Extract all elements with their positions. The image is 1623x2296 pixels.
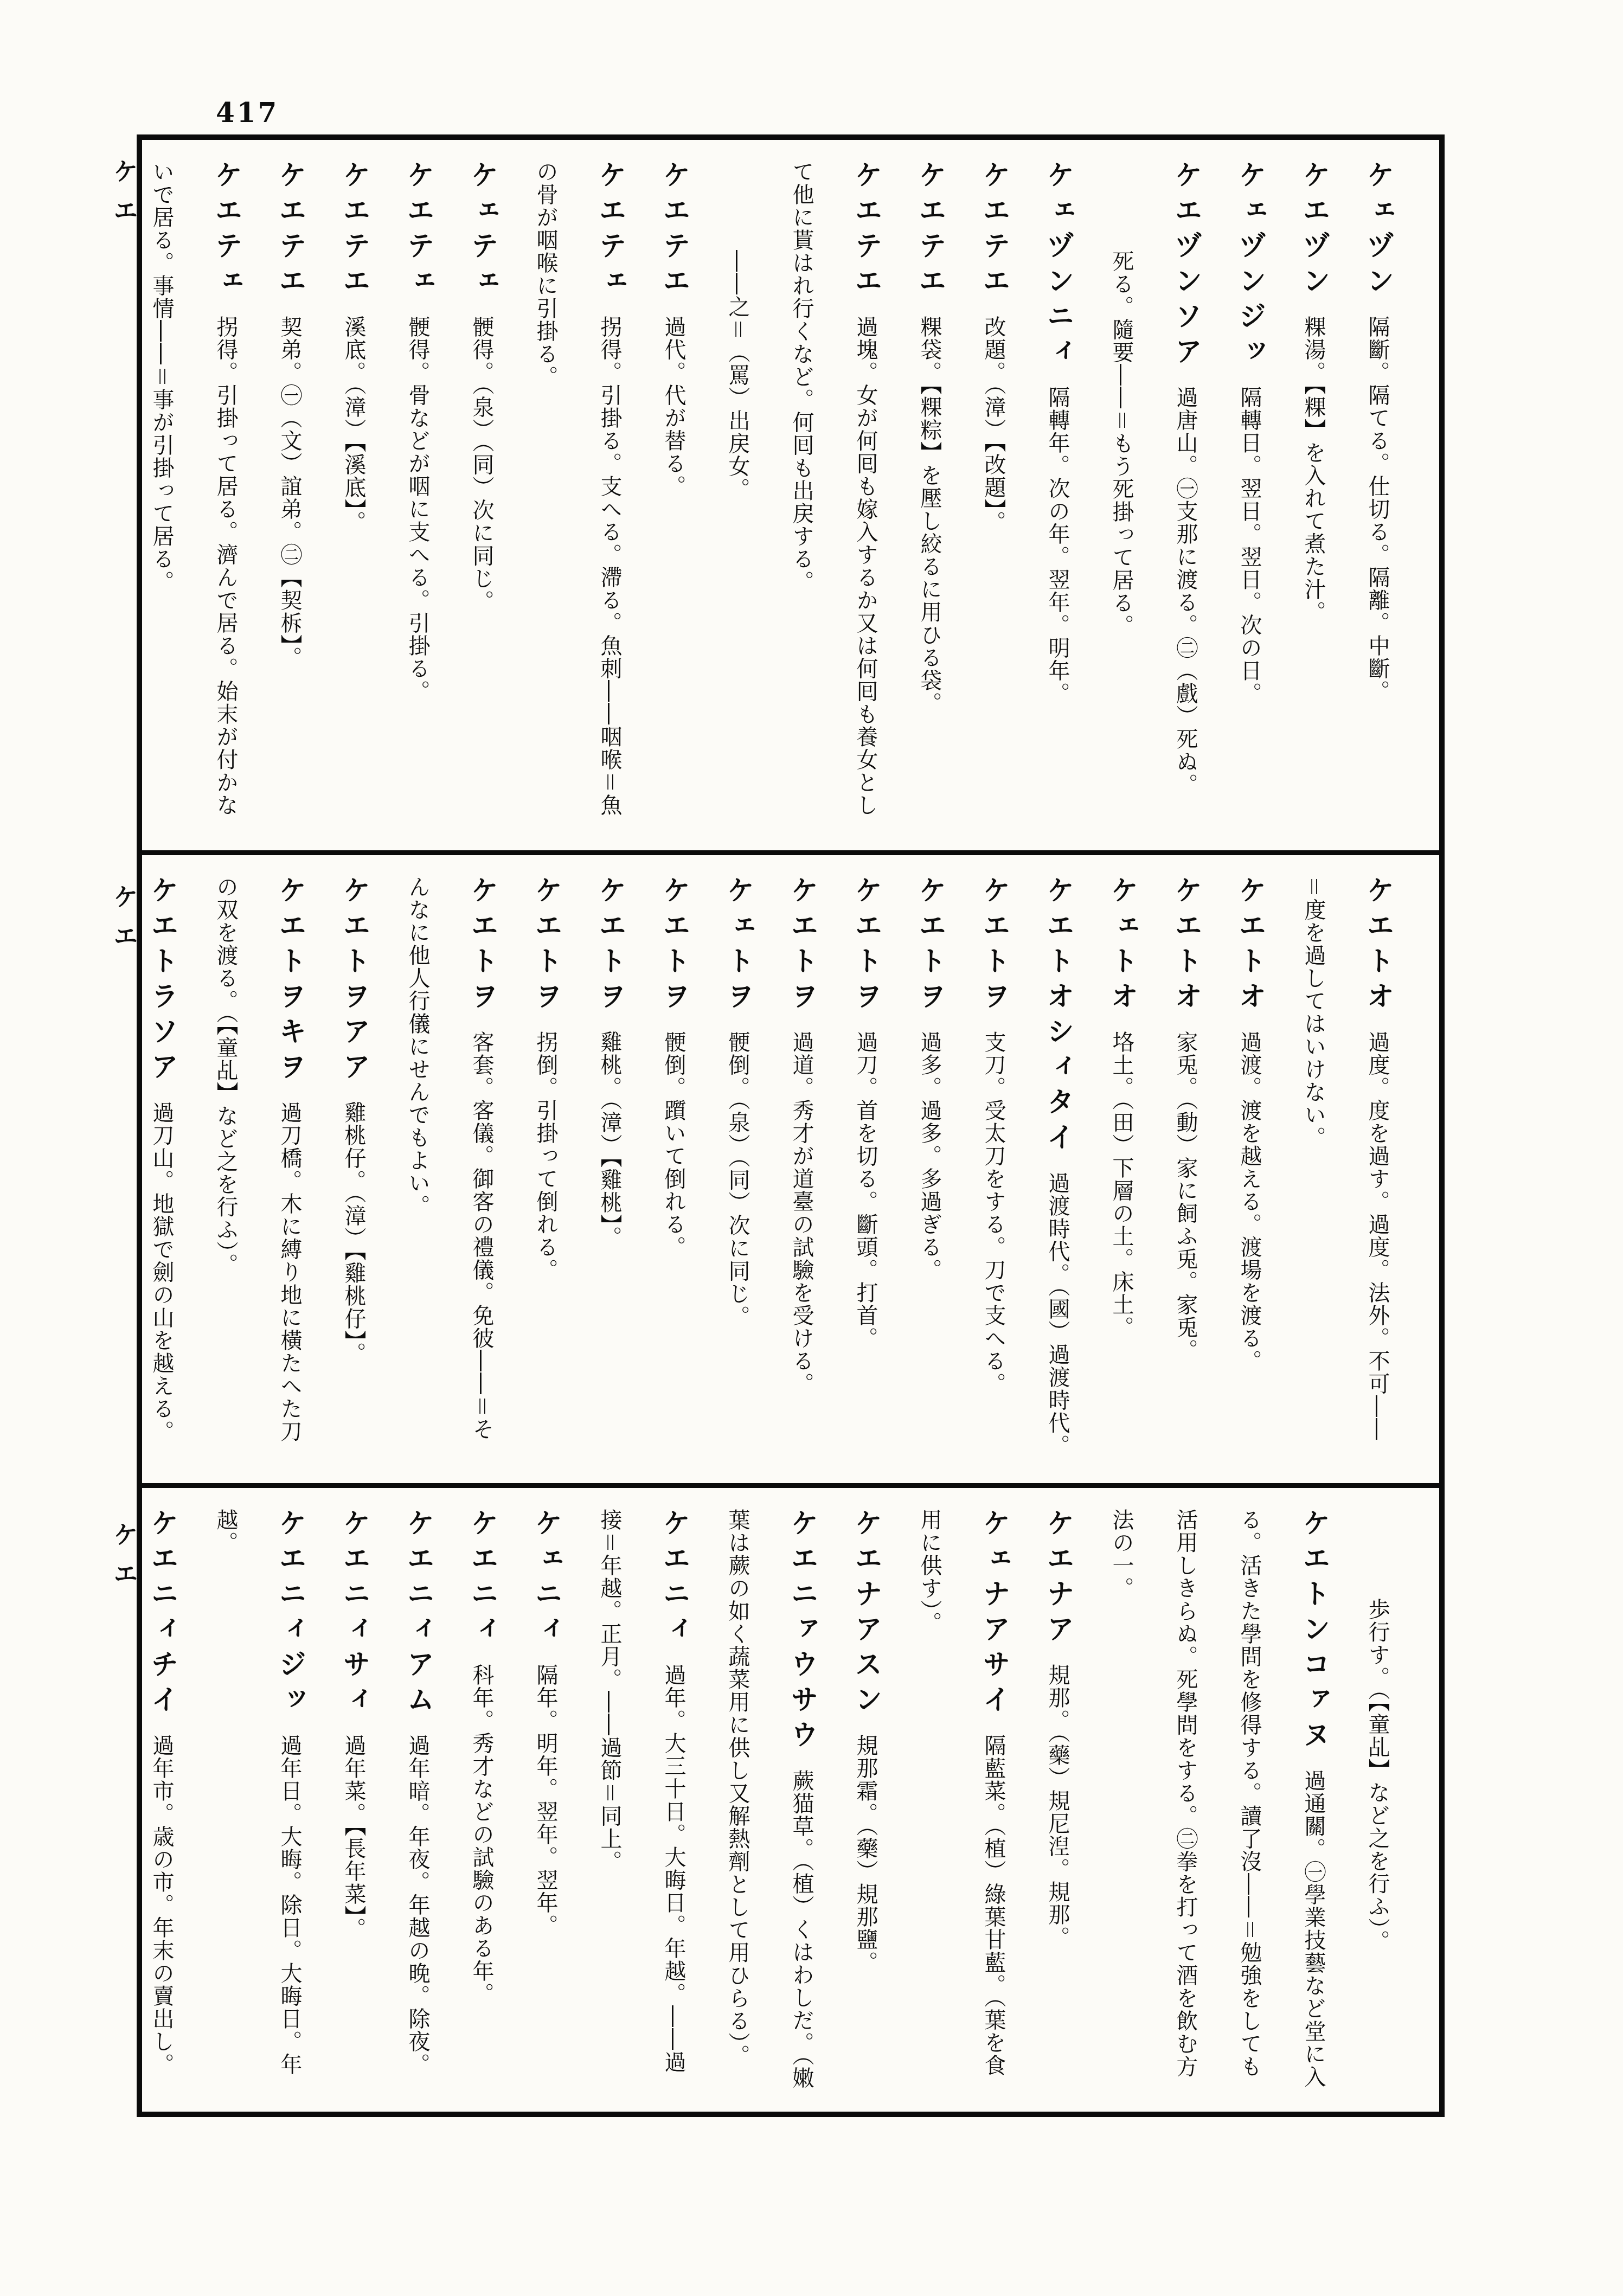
dictionary-entry: ケエトヲアア雞桃仔。（漳）【雞桃仔】。 [322, 876, 386, 1463]
dictionary-entry: ケエトヲ支刀。受太刀をする。刀で支へる。 [961, 876, 1025, 1463]
entry-headword: ケエトオシィタイ [1042, 876, 1074, 1158]
dictionary-entry: ケエトオ過度。度を過す。過度。法外。不可――＝度を過してはいけない。 [1281, 876, 1409, 1463]
entry-headword: ケェニィ [530, 1509, 562, 1650]
entry-headword: ケエニィ [466, 1509, 498, 1650]
entry-body: 科年。秀才などの試驗のある年。 [469, 1664, 494, 2005]
entry-body: 隔轉日。翌日。翌日。次の日。 [1237, 386, 1262, 705]
dictionary-entry: ケエトヲ客套。客儀。御客の禮儀。免彼――＝そんなに他人行儀にせんでもよい。 [386, 876, 514, 1463]
dictionary-entry: ケエトヲキヲ過刀橋。木に縛り地に橫たへた刀の双を渡る。（【童乩】など之を行ふ）。 [194, 876, 322, 1463]
dictionary-entry: 歩行す。（【童乩】など之を行ふ）。 [1345, 1509, 1409, 2091]
entry-body: 過年市。歳の市。年末の賣出し。 [149, 1734, 174, 2076]
dictionary-entry: 死る。隨要――＝もう死掛って居る。 [1089, 161, 1153, 830]
entry-headword: ケエトオ [1362, 876, 1394, 1017]
entry-headword: ケェナアサイ [978, 1509, 1010, 1720]
dictionary-entry: ケェナアサイ隔藍菜。（植）綠葉甘藍。（葉を食用に供す）。 [897, 1509, 1025, 2091]
dictionary-entry: ケェニィ隔年。明年。翌年。翌年。 [514, 1509, 578, 2091]
band-2: ケエトオ過度。度を過す。過度。法外。不可――＝度を過してはいけない。ケエトオ過渡… [142, 855, 1439, 1483]
dictionary-entry: ケェヅンジッ隔轉日。翌日。翌日。次の日。 [1217, 161, 1281, 830]
entry-headword: ケエヅン [1298, 161, 1330, 302]
entry-body: 垎土。（田）下層の土。床土。 [1109, 1031, 1134, 1339]
entry-body: 粿袋。【粿粽】を壓し絞るに用ひる袋。 [917, 316, 942, 715]
band-separator-rule-1 [142, 850, 1439, 855]
dictionary-entry: ケエヅンソア過唐山。㊀支那に渡る。㊁（戲）死ぬ。 [1153, 161, 1217, 830]
band-1: ケェヅン隔斷。隔てる。仕切る。隔離。中斷。ケエヅン粿湯。【粿】を入れて煮た汁。ケ… [142, 140, 1439, 850]
band-separator-rule-2 [142, 1483, 1439, 1488]
dictionary-entry: ケエテエ過塊。女が何囘も嫁入するか又は何囘も養女として他に貰はれ行くなど。何囘も… [769, 161, 897, 830]
entry-body: 隔轉年。次の年。翌年。明年。 [1045, 386, 1070, 705]
entry-headword: ケエトヲキヲ [274, 876, 306, 1087]
dictionary-entry: ケエトンコァヌ過通關。㊀學業技藝など堂に入る。活きた學問を修得する。讀了沒――＝… [1089, 1509, 1345, 2091]
entry-body: 過代。代が替る。 [661, 316, 686, 498]
dictionary-entry: ケエニィジッ過年日。大晦。除日。大晦日。年越。 [194, 1509, 322, 2091]
dictionary-entry: ケエテエ粿袋。【粿粽】を壓し絞るに用ひる袋。 [897, 161, 961, 830]
entry-body: 骾得。（泉）（同）次に同じ。 [469, 316, 494, 613]
entry-headword: ケェトヲ [722, 876, 754, 1017]
entry-headword: ケェヅンニィ [1042, 161, 1074, 372]
entry-body: 改題。（漳）【改題】。 [981, 316, 1006, 534]
entry-headword: ケエテェ [210, 161, 242, 302]
entry-headword: ケエトヲアア [338, 876, 370, 1087]
entry-headword: ケエトオ [1234, 876, 1266, 1017]
dictionary-entry: ケエテエ契弟。㊀（文）誼弟。㊁【契柝】。 [258, 161, 322, 830]
dictionary-entry: ケエニァウサウ蕨猫草。（植）くはわしだ。（嫩葉は蕨の如く蔬菜用に供し又解熱劑とし… [705, 1509, 833, 2091]
scanned-dictionary-page: 417 ケエ ケエ ケエ ケェヅン隔斷。隔てる。仕切る。隔離。中斷。ケエヅン粿湯… [0, 0, 1623, 2296]
entry-headword: ケエニィチイ [146, 1509, 178, 1720]
entry-body: ――之＝（罵）出戻女。 [725, 250, 750, 501]
dictionary-entry: ケエトヲ過道。秀才が道臺の試驗を受ける。 [769, 876, 833, 1463]
entry-body: 過道。秀才が道臺の試驗を受ける。 [789, 1031, 814, 1395]
dictionary-entry: ケエトヲ骾倒。躓いて倒れる。 [641, 876, 705, 1463]
page-number: 417 [216, 97, 279, 129]
entry-headword: ケエテエ [850, 161, 882, 302]
entry-headword: ケェヅンジッ [1234, 161, 1266, 372]
dictionary-entry: ケエテェ拐得。引掛って居る。濟んで居る。始末が付かないで居る。事情――＝事が引掛… [142, 161, 258, 830]
entry-headword: ケエニィアム [402, 1509, 434, 1720]
entry-headword: ケェヅン [1362, 161, 1394, 302]
dictionary-entry: ケエトオシィタイ過渡時代。（國）過渡時代。 [1025, 876, 1089, 1463]
dictionary-entry: ケエトヲ過多。過多。多過ぎる。 [897, 876, 961, 1463]
dictionary-entry: ケエテエ過代。代が替る。 [641, 161, 705, 830]
entry-body: 過渡。渡を越える。渡場を渡る。 [1237, 1031, 1262, 1373]
entry-body: 隔年。明年。翌年。翌年。 [533, 1664, 558, 1937]
entry-body: 過渡時代。（國）過渡時代。 [1045, 1172, 1070, 1457]
entry-headword: ケエトヲ [530, 876, 562, 1017]
entry-body: 隔斷。隔てる。仕切る。隔離。中斷。 [1365, 316, 1390, 703]
entry-body: 過刀。首を切る。斷頭。打首。 [853, 1031, 878, 1350]
dictionary-box: ケェヅン隔斷。隔てる。仕切る。隔離。中斷。ケエヅン粿湯。【粿】を入れて煮た汁。ケ… [137, 134, 1445, 2117]
entry-headword: ケエテエ [658, 161, 690, 302]
dictionary-entry: ケエトオ家兎。（動）家に飼ふ兎。家兎。 [1153, 876, 1217, 1463]
entry-headword: ケェテェ [466, 161, 498, 302]
dictionary-entry: ケエテェ骾得。骨などが咽に支へる。引掛る。 [386, 161, 450, 830]
entry-headword: ケエテェ [594, 161, 626, 302]
entry-headword: ケエトヲ [850, 876, 882, 1017]
dictionary-entry: ケエトヲ過刀。首を切る。斷頭。打首。 [833, 876, 897, 1463]
entry-body: 過唐山。㊀支那に渡る。㊁（戲）死ぬ。 [1173, 386, 1198, 796]
dictionary-entry: ケエニィ過年。大三十日。大晦日。年越。――過接＝年越。正月。――過節＝同上。 [578, 1509, 705, 2091]
entry-body: 規那。（藥）規尼湼。規那。 [1045, 1664, 1070, 1949]
entry-headword: ケエナアスン [850, 1509, 882, 1720]
dictionary-entry: ケエニィチイ過年市。歳の市。年末の賣出し。 [142, 1509, 194, 2091]
entry-body: 骾得。骨などが咽に支へる。引掛る。 [405, 316, 430, 703]
entry-headword: ケエトオ [1170, 876, 1202, 1017]
entry-body: 雞桃仔。（漳）【雞桃仔】。 [341, 1101, 366, 1365]
entry-body: 過刀山。地獄で劍の山を越える。 [149, 1101, 174, 1443]
dictionary-entry: ケェトオ垎土。（田）下層の土。床土。 [1089, 876, 1153, 1463]
entry-body: 過年暗。年夜。年越の晚。除夜。 [405, 1734, 430, 2076]
entry-body: 支刀。受太刀をする。刀で支へる。 [981, 1031, 1006, 1395]
dictionary-entry: ケエヅン粿湯。【粿】を入れて煮た汁。 [1281, 161, 1345, 830]
entry-headword: ケエトヲ [594, 876, 626, 1017]
dictionary-entry: ケェヅン隔斷。隔てる。仕切る。隔離。中斷。 [1345, 161, 1409, 830]
entry-headword: ケエトラソア [146, 876, 178, 1087]
entry-body: 過年菜。【長年菜】。 [341, 1734, 366, 1940]
entry-headword: ケエトヲ [658, 876, 690, 1017]
entry-headword: ケエトヲ [978, 876, 1010, 1017]
entry-body: 骾倒。（泉）（同）次に同じ。 [725, 1031, 750, 1328]
dictionary-entry: ケエトヲ拐倒。引掛って倒れる。 [514, 876, 578, 1463]
entry-headword: ケエトンコァヌ [1298, 1509, 1330, 1755]
dictionary-entry: ケエニィ科年。秀才などの試驗のある年。 [450, 1509, 514, 2091]
dictionary-entry: ケェテェ骾得。（泉）（同）次に同じ。 [450, 161, 514, 830]
entry-body: 雞桃。（漳）【雞桃】。 [597, 1031, 622, 1249]
entry-body: 過多。過多。多過ぎる。 [917, 1031, 942, 1281]
dictionary-entry: ケェヅンニィ隔轉年。次の年。翌年。明年。 [1025, 161, 1089, 830]
entry-headword: ケエナア [1042, 1509, 1074, 1650]
entry-headword: ケエトヲ [466, 876, 498, 1017]
entry-headword: ケエニァウサウ [786, 1509, 818, 1755]
dictionary-entry: ケエトオ過渡。渡を越える。渡場を渡る。 [1217, 876, 1281, 1463]
entry-body: 歩行す。（【童乩】など之を行ふ）。 [1365, 1598, 1390, 1953]
entry-headword: ケエニィサィ [338, 1509, 370, 1720]
dictionary-entry: ケエテェ拐得。引掛る。支へる。滯る。魚刺――咽喉＝魚の骨が咽喉に引掛る。 [514, 161, 641, 830]
band-3: 歩行す。（【童乩】など之を行ふ）。ケエトンコァヌ過通關。㊀學業技藝など堂に入る。… [142, 1488, 1439, 2112]
dictionary-entry: ――之＝（罵）出戻女。 [705, 161, 769, 830]
dictionary-entry: ケエテエ改題。（漳）【改題】。 [961, 161, 1025, 830]
entry-body: 溪底。（漳）【溪底】。 [341, 316, 366, 534]
entry-headword: ケエテエ [978, 161, 1010, 302]
entry-body: 粿湯。【粿】を入れて煮た汁。 [1301, 316, 1326, 624]
dictionary-entry: ケエニィサィ過年菜。【長年菜】。 [322, 1509, 386, 2091]
dictionary-entry: ケエニィアム過年暗。年夜。年越の晚。除夜。 [386, 1509, 450, 2091]
dictionary-entry: ケエトヲ雞桃。（漳）【雞桃】。 [578, 876, 641, 1463]
entry-headword: ケエニィジッ [274, 1509, 306, 1720]
dictionary-entry: ケエテエ溪底。（漳）【溪底】。 [322, 161, 386, 830]
dictionary-entry: ケエトラソア過刀山。地獄で劍の山を越える。 [142, 876, 194, 1463]
dictionary-entry: ケエナア規那。（藥）規尼湼。規那。 [1025, 1509, 1089, 2091]
entry-body: 過通關。㊀學業技藝など堂に入る。活きた學問を修得する。讀了沒――＝勉強をしても活… [1109, 1509, 1326, 2088]
entry-body: 死る。隨要――＝もう死掛って居る。 [1109, 250, 1134, 637]
dictionary-entry: ケェトヲ骾倒。（泉）（同）次に同じ。 [705, 876, 769, 1463]
entry-body: 家兎。（動）家に飼ふ兎。家兎。 [1173, 1031, 1198, 1362]
entry-headword: ケエテエ [274, 161, 306, 302]
entry-headword: ケエニィ [658, 1509, 690, 1650]
entry-headword: ケエテエ [338, 161, 370, 302]
entry-headword: ケエトヲ [914, 876, 946, 1017]
entry-body: 規那霜。（藥）規那鹽。 [853, 1734, 878, 1974]
entry-headword: ケエトヲ [786, 876, 818, 1017]
entry-body: 拐倒。引掛って倒れる。 [533, 1031, 558, 1281]
dictionary-entry: ケエナアスン規那霜。（藥）規那鹽。 [833, 1509, 897, 2091]
entry-body: 骾倒。躓いて倒れる。 [661, 1031, 686, 1259]
entry-body: 契弟。㊀（文）誼弟。㊁【契柝】。 [277, 316, 302, 669]
entry-headword: ケエヅンソア [1170, 161, 1202, 372]
entry-headword: ケエテエ [914, 161, 946, 302]
entry-headword: ケエテェ [402, 161, 434, 302]
entry-headword: ケェトオ [1106, 876, 1138, 1017]
